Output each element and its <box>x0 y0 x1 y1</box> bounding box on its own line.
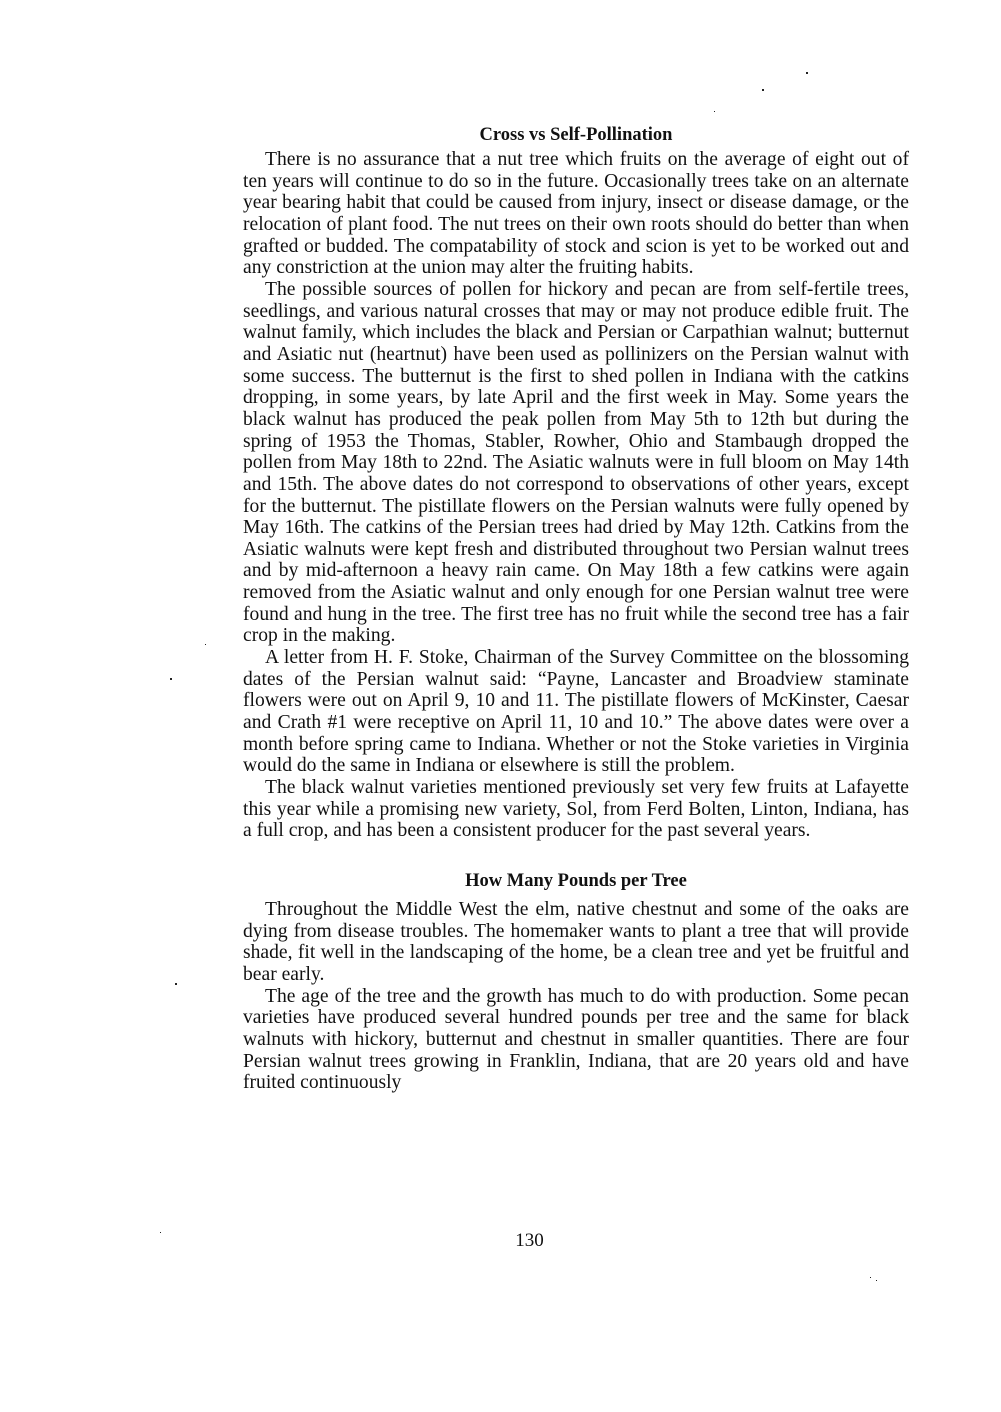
paragraph: A letter from H. F. Stoke, Chairman of t… <box>243 647 909 777</box>
scan-speck <box>762 89 764 91</box>
scan-speck <box>714 111 715 112</box>
page-number: 130 <box>0 1230 1001 1252</box>
scan-speck <box>160 1232 161 1233</box>
scan-speck <box>205 644 206 645</box>
paragraph: The possible sources of pollen for hicko… <box>243 279 909 647</box>
page-body: Cross vs Self-Pollination There is no as… <box>243 122 909 1094</box>
paragraph: Throughout the Middle West the elm, nati… <box>243 899 909 986</box>
scan-speck <box>870 1277 871 1278</box>
scan-speck <box>806 72 808 74</box>
scan-speck <box>170 678 172 680</box>
scan-speck <box>876 1280 877 1281</box>
paragraph: The black walnut varieties mentioned pre… <box>243 777 909 842</box>
paragraph: The age of the tree and the growth has m… <box>243 986 909 1094</box>
section-heading-cross-pollination: Cross vs Self-Pollination <box>243 122 909 149</box>
scan-speck <box>175 983 177 985</box>
section-heading-pounds-per-tree: How Many Pounds per Tree <box>243 863 909 899</box>
paragraph: There is no assurance that a nut tree wh… <box>243 149 909 279</box>
